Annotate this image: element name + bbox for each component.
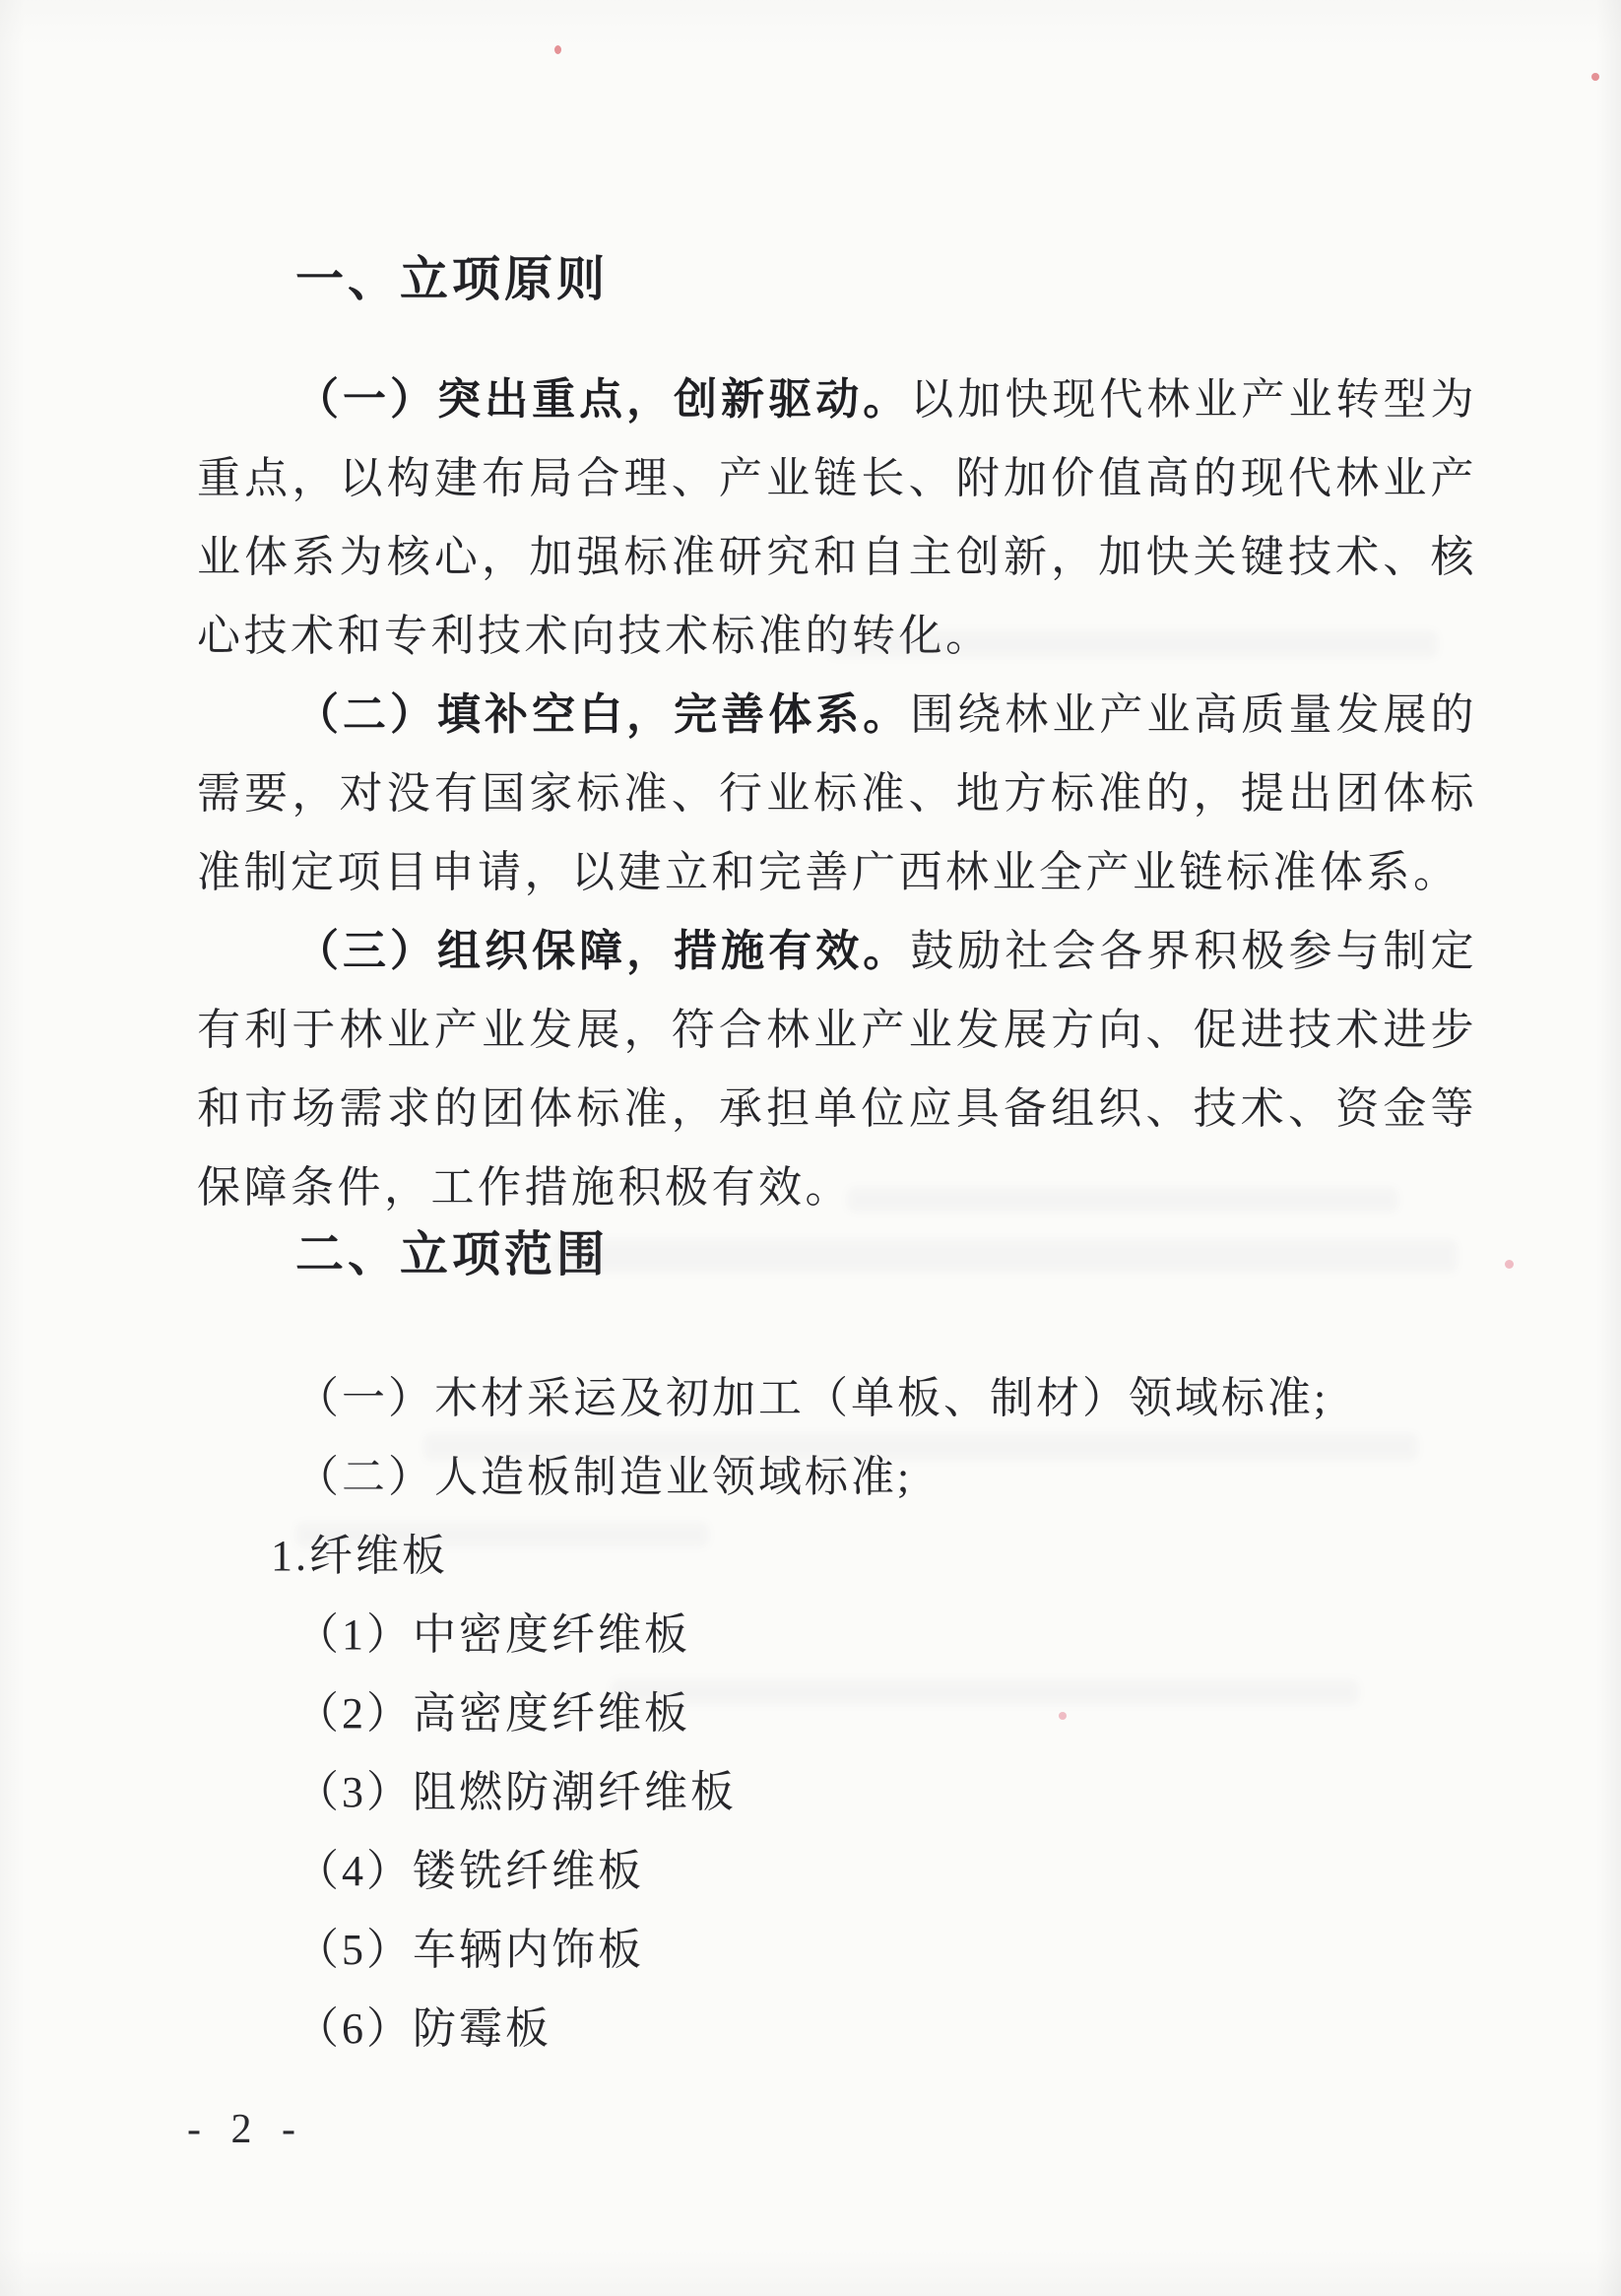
section1-heading: 一、立项原则: [295, 252, 1477, 307]
scope-item-1: （一）木材采运及初加工（单板、制材）领域标准;: [197, 1359, 1477, 1438]
paragraph-1: （一）突出重点，创新驱动。以加快现代林业产业转型为重点，以构建布局合理、产业链长…: [197, 361, 1477, 676]
scan-speck: [554, 45, 561, 54]
scan-speck: [1059, 1712, 1067, 1720]
bleed-through-smudge: [847, 1187, 1398, 1213]
paragraph-2: （二）填补空白，完善体系。围绕林业产业高质量发展的需要，对没有国家标准、行业标准…: [197, 676, 1477, 912]
scope-item-8: （5）车辆内饰板: [197, 1911, 1477, 1990]
page-content: 一、立项原则 （一）突出重点，创新驱动。以加快现代林业产业转型为重点，以构建布局…: [197, 0, 1477, 2068]
scanned-document-page: 一、立项原则 （一）突出重点，创新驱动。以加快现代林业产业转型为重点，以构建布局…: [0, 0, 1621, 2296]
paragraph-2-lead: （二）填补空白，完善体系。: [295, 690, 910, 739]
page-number: - 2 -: [187, 2106, 305, 2153]
scope-item-6: （3）阻燃防潮纤维板: [197, 1753, 1477, 1832]
scan-speck: [1505, 1260, 1514, 1269]
scope-item-4: （1）中密度纤维板: [197, 1596, 1477, 1674]
bleed-through-smudge: [295, 1522, 709, 1547]
paragraph-3: （三）组织保障，措施有效。鼓励社会各界积极参与制定有利于林业产业发展，符合林业产…: [197, 912, 1477, 1227]
paragraph-1-lead: （一）突出重点，创新驱动。: [295, 375, 910, 424]
bleed-through-smudge: [827, 630, 1438, 658]
paragraph-3-lead: （三）组织保障，措施有效。: [295, 927, 910, 975]
bleed-through-smudge: [551, 1239, 1458, 1273]
bleed-through-smudge: [611, 1679, 1359, 1705]
scope-item-7: （4）镂铣纤维板: [197, 1832, 1477, 1911]
scan-speck: [1591, 73, 1599, 81]
bleed-through-smudge: [423, 1433, 1418, 1461]
scope-item-9: （6）防霉板: [197, 1990, 1477, 2068]
